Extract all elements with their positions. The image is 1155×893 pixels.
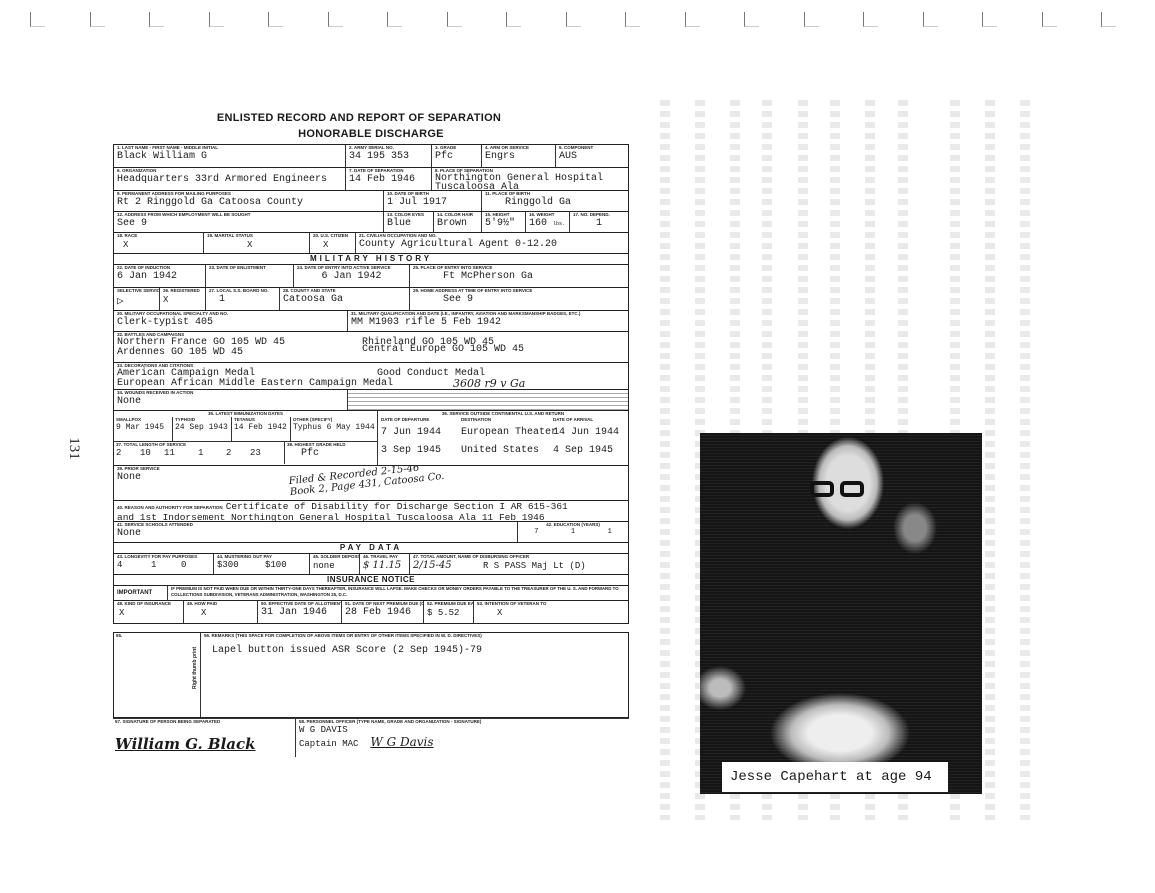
field-insurance-paid: 49. How paidX [184,601,258,623]
page-number: 131 [65,437,82,460]
field-personnel-officer: 58. Personnel officer (Type name, grade … [296,719,629,757]
field-occupation: 21. Civilian occupation and no.County Ag… [356,233,628,253]
glasses-detail [810,481,870,499]
tick-mark [149,12,164,27]
field-serial: 2. Army serial no.34 195 353 [346,145,432,167]
field-place-separation: 8. Place of separationNorthington Genera… [432,168,628,190]
field-soldier-deposits: 45. Soldier depositsnone [310,554,360,574]
field-highest-grade: 38. Highest grade heldPfc [285,442,377,464]
form-title: ENLISTED RECORD AND REPORT OF SEPARATION [89,112,629,124]
field-grade: 3. GradePfc [432,145,482,167]
tick-mark [90,12,105,27]
field-marital: 19. Marital statusX [204,233,310,253]
field-eyes: 13. Color eyesBlue [384,212,434,232]
tick-mark [863,12,878,27]
field-arm: 4. Arm or serviceEngrs [482,145,556,167]
field-address: 9. Permanent address for mailing purpose… [114,191,384,211]
tick-mark [1042,12,1057,27]
tick-mark [268,12,283,27]
discharge-form: ENLISTED RECORD AND REPORT OF SEPARATION… [113,112,629,757]
field-thumbprint: 55. Right thumb print [114,633,201,717]
field-overseas: 36. Service outside continental U.S. and… [378,411,628,465]
field-schools: 41. Service schools attendedNone [114,522,518,542]
field-enlistment: 23. Date of enlistment [206,265,294,287]
field-hair: 14. Color hairBrown [434,212,482,232]
field-race: 18. RaceX [114,233,204,253]
field-registered: 26. RegisteredX [160,288,206,310]
field-travel-pay: 46. Travel pay$ 11.15 [360,554,410,574]
field-wounds: 34. Wounds received in actionNone [114,390,348,410]
field-pob: 11. Place of birthRinggold Ga [482,191,628,211]
tick-mark [506,12,521,27]
form-subtitle: HONORABLE DISCHARGE [113,128,629,140]
field-local-board: 27. Local S.S. board no.1 [206,288,280,310]
tick-mark [625,12,640,27]
section-insurance-notice: INSURANCE NOTICE [114,575,628,586]
section-pay-data: PAY DATA [114,543,628,554]
field-insurance-effective: 50. Effective date of allotment disconti… [258,601,342,623]
field-induction: 22. Date of induction6 Jan 1942 [114,265,206,287]
field-insurance-kind: 48. Kind of insuranceX [114,601,184,623]
tick-mark [804,12,819,27]
field-date-separation: 7. Date of separation14 Feb 1946 [346,168,432,190]
field-employment-address: 12. Address from which employment will b… [114,212,384,232]
field-entry-place: 25. Place of entry into serviceFt McPher… [410,265,628,287]
tick-mark [685,12,700,27]
field-education: 42. Education (Years) 711 [518,522,628,542]
field-signature: 57. Signature of person being separated … [113,719,296,757]
field-home-address: 29. Home address at time of entry into s… [410,288,628,310]
insurance-important-text: IF PREMIUM IS NOT PAID WHEN DUE OR WITHI… [168,586,628,600]
field-total-amount: 47. Total amount, name of disbursing off… [410,554,628,574]
portrait-photo: Jesse Capehart at age 94 [700,433,982,794]
tick-mark [30,12,45,27]
insurance-important-label: IMPORTANT [114,586,168,600]
remarks-block: 55. Right thumb print 56. Remarks (This … [113,632,629,718]
field-insurance-next-due: 51. Date of next premium due (One month … [342,601,424,623]
photo-caption: Jesse Capehart at age 94 [722,762,948,792]
field-reason: 40. Reason and authority for separationC… [114,501,628,521]
form-grid: 1. Last name - first name - middle initi… [113,144,629,624]
field-remarks: 56. Remarks (This space for completion o… [201,633,628,717]
field-mustering: 44. Mustering out pay$300$100 [214,554,310,574]
section-military-history: MILITARY HISTORY [114,254,628,265]
fine-print-block [348,390,628,410]
tick-mark [923,12,938,27]
tick-mark [566,12,581,27]
field-mos: 30. Military occupational specialty and … [114,311,348,331]
signature-block: 57. Signature of person being separated … [113,718,629,757]
field-selective-service: Selective service data▷ [114,288,160,310]
field-qualification: 31. Military qualification and date (i.e… [348,311,628,331]
field-weight: 16. Weight160 lbs. [526,212,570,232]
tick-mark [328,12,343,27]
scan-tick-marks [30,12,1120,28]
field-component: 5. ComponentAUS [556,145,628,167]
tick-mark [744,12,759,27]
field-dependents: 17. No. depend.1 [570,212,628,232]
field-citizen: 20. U.S. CitizenX [310,233,356,253]
field-insurance-premium: 52. Premium due each month$ 5.52 [424,601,474,623]
field-insurance-intention: 53. Intention of veteran toX [474,601,628,623]
field-county-state: 28. County and stateCatoosa Ga [280,288,410,310]
field-name: 1. Last name - first name - middle initi… [114,145,346,167]
field-organization: 6. OrganizationHeadquarters 33rd Armored… [114,168,346,190]
tick-mark [982,12,997,27]
field-service-length: 37. Total length of service 21011 1223 [114,442,285,464]
field-immunization: 35. Latest immunization dates Smallpox9 … [114,411,378,465]
tick-mark [1101,12,1116,27]
tick-mark [447,12,462,27]
field-prior-service: 39. Prior service None Filed & Recorded … [114,466,628,500]
field-longevity: 43. Longevity for pay purposes410 [114,554,214,574]
field-battles: 32. Battles and campaigns Northern Franc… [114,332,628,362]
tick-mark [209,12,224,27]
tick-mark [387,12,402,27]
field-decorations: 33. Decorations and citations American C… [114,363,628,389]
field-entry-active: 24. Date of entry into active service6 J… [294,265,410,287]
field-dob: 10. Date of birth1 Jul 1917 [384,191,482,211]
field-height: 15. Height5'9½" [482,212,526,232]
